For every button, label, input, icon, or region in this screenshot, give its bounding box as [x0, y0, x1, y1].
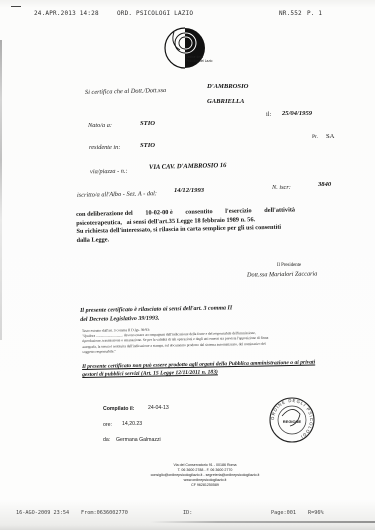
signature-name: Dott.ssa Marialori Zaccaria [247, 270, 317, 278]
compiled-label: Compilato il: [103, 406, 134, 412]
birth-date-label: il: [266, 111, 271, 118]
fax-header-number: NR.552 [279, 10, 302, 17]
compiled-date: 24-04-13 [148, 405, 169, 411]
fine-print: Testo estratto dall'art. 3 comma II D.lg… [82, 325, 332, 355]
fax-footer-id: ID: [183, 510, 192, 516]
legal-note: Il presente certificato è rilasciato ai … [80, 304, 232, 324]
street-label: via/piazza - n.: [90, 168, 128, 176]
first-name-value: GABRIELLA [207, 98, 244, 105]
intro-label: Si certifica che al Dott./Dott.ssa [85, 87, 166, 96]
scan-edge-shadow [0, 40, 2, 340]
province-label: Pr. [312, 134, 318, 140]
compiled-by-label: da: [103, 437, 110, 443]
address-line-5: CF 96281250589 [130, 483, 280, 488]
logo-caption-line2: Psicologi del Lazio [186, 59, 212, 63]
birth-date-value: 25/04/1959 [282, 110, 312, 117]
signature-role: Il Presidente [277, 263, 301, 268]
register-date-value: 14/12/1993 [174, 187, 204, 194]
office-address: Via del Conservatorio 91 - 00186 Roma T.… [130, 463, 280, 488]
province-value: SA [326, 133, 334, 140]
fax-footer-page: Page:001 [271, 510, 296, 516]
compiled-by-value: Germana Galmazzi [116, 437, 161, 443]
birthplace-label: Nato/a a: [88, 122, 112, 129]
scanned-certificate-page: 24.APR.2013 14:28 ORD. PSICOLOGI LAZIO N… [0, 0, 375, 530]
fax-footer-datetime: 16-AGO-2009 23:54 [16, 510, 69, 516]
official-seal-stamp-icon: REGIONE ORDINE DEGLI PSICOLOGI [268, 396, 316, 444]
surname-value: D'AMBROSIO [207, 83, 248, 90]
fax-footer-from: From:0636002770 [81, 510, 128, 516]
scan-mark [11, 6, 21, 7]
register-label: iscritto/a all'Albo - Sez. A - dal: [77, 190, 157, 199]
reg-number-value: 3840 [318, 181, 331, 188]
time-value: 14,20.23 [122, 421, 142, 427]
svg-text:REGIONE: REGIONE [283, 419, 302, 424]
time-label: ore: [103, 422, 112, 428]
birthplace-value: STIO [140, 120, 155, 127]
reg-number-label: N. iscr: [272, 184, 291, 191]
residence-value: STIO [140, 142, 155, 149]
fax-footer-resolution: R=96% [308, 510, 324, 516]
residence-label: residente in: [89, 144, 120, 151]
fax-header-sender: ORD. PSICOLOGI LAZIO [117, 10, 193, 17]
certificate-body: con deliberazione del 10-02-00 è consent… [76, 206, 327, 245]
restriction-note: Il presente certificato non può essere p… [82, 359, 315, 379]
fax-header-page: P. 1 [307, 10, 322, 17]
logo-caption: Ordine degli Psicologi del Lazio [186, 55, 212, 63]
ordine-psicologi-logo-icon [160, 24, 210, 74]
street-value: VIA CAV. D'AMBROSIO 16 [149, 162, 227, 171]
fax-header-datetime: 24.APR.2013 14:28 [34, 10, 99, 17]
scan-bottom-shadow [150, 521, 375, 523]
